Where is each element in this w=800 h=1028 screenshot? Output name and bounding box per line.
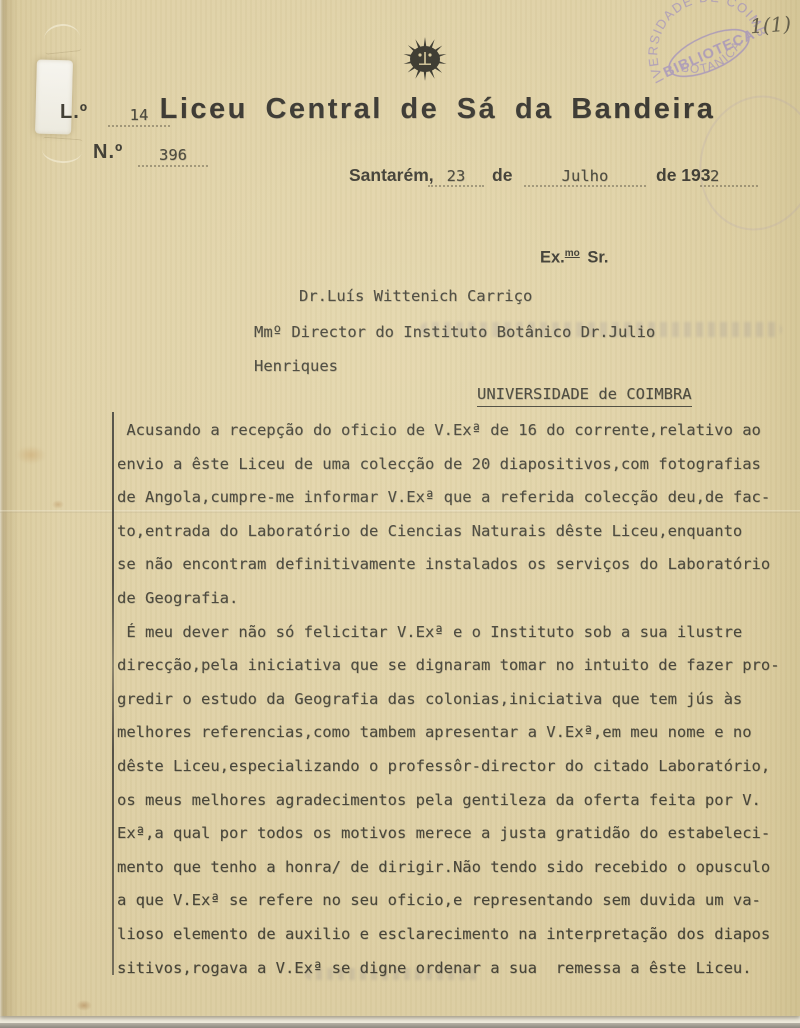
body-line: se não encontram definitivamente instala… bbox=[117, 548, 780, 582]
body-line: mento que tenho a honra/ de dirigir.Não … bbox=[117, 851, 780, 885]
crest-icon bbox=[398, 36, 452, 82]
recipient-title-line-2: Henriques bbox=[254, 357, 338, 375]
letterhead-title: Liceu Central de Sá da Bandeira bbox=[75, 93, 800, 126]
body-line: de Geografia. bbox=[117, 582, 780, 616]
margin-rule-line bbox=[112, 412, 114, 975]
date-place-label: Santarém, bbox=[349, 165, 434, 186]
document-number-label: N.º bbox=[93, 141, 123, 164]
body-line: Exª,a qual por todos os motivos merece a… bbox=[117, 817, 780, 851]
recipient-name: Dr.Luís Wittenich Carriço bbox=[299, 287, 532, 305]
document-number: 396 bbox=[138, 146, 208, 167]
paper-crease bbox=[43, 22, 82, 55]
body-line: a que V.Exª se refere no seu oficio,e re… bbox=[117, 884, 780, 918]
date-month-value: Julho bbox=[524, 167, 646, 187]
paper-stain bbox=[52, 500, 64, 509]
scan-edge-shadow bbox=[0, 1023, 800, 1028]
salutation: Ex.mo Sr. bbox=[540, 248, 608, 268]
body-line: melhores referencias,como tambem apresen… bbox=[117, 716, 780, 750]
body-line: envio a êste Liceu de uma colecção de 20… bbox=[117, 448, 780, 482]
recipient-title-line: Mmº Director do Instituto Botânico Dr.Ju… bbox=[254, 323, 655, 341]
letter-body: Acusando a recepção do oficio de V.Exª d… bbox=[117, 414, 780, 985]
body-line: sitivos,rogava a V.Exª se digne ordenar … bbox=[117, 952, 780, 986]
body-line: direcção,pela iniciativa que se dignaram… bbox=[117, 649, 780, 683]
body-line: os meus melhores agradecimentos pela gen… bbox=[117, 784, 780, 818]
paper-stain bbox=[16, 446, 46, 464]
scanned-letter: UNIVERSIDADE DE COIMBRA · BOTANICA · BIB… bbox=[0, 0, 800, 1028]
body-line: gredir o estudo da Geografia das colonia… bbox=[117, 683, 780, 717]
salutation-suffix: Sr. bbox=[587, 249, 608, 267]
letter-page: UNIVERSIDADE DE COIMBRA · BOTANICA · BIB… bbox=[0, 0, 800, 1016]
pencil-note: 1(1) bbox=[749, 12, 792, 39]
body-line: Acusando a recepção do oficio de V.Exª d… bbox=[117, 414, 780, 448]
body-line: to,entrada do Laboratório de Ciencias Na… bbox=[117, 515, 780, 549]
salutation-superscript: mo bbox=[565, 248, 580, 259]
body-line: É meu dever não só felicitar V.Exª e o I… bbox=[117, 616, 780, 650]
body-line: de Angola,cumpre-me informar V.Exª que a… bbox=[117, 481, 780, 515]
body-line: dêste Liceu,especializando o professôr-d… bbox=[117, 750, 780, 784]
recipient-organization: UNIVERSIDADE de COIMBRA bbox=[477, 385, 692, 407]
paper-crease bbox=[41, 137, 83, 165]
date-day-value: 23 bbox=[428, 167, 484, 187]
paper-stain bbox=[76, 1000, 92, 1011]
salutation-prefix: Ex. bbox=[540, 249, 565, 267]
body-line: lioso elemento de auxilio e esclarecimen… bbox=[117, 918, 780, 952]
date-year-digit: 2 bbox=[700, 167, 758, 187]
date-de-label: de bbox=[492, 165, 512, 186]
